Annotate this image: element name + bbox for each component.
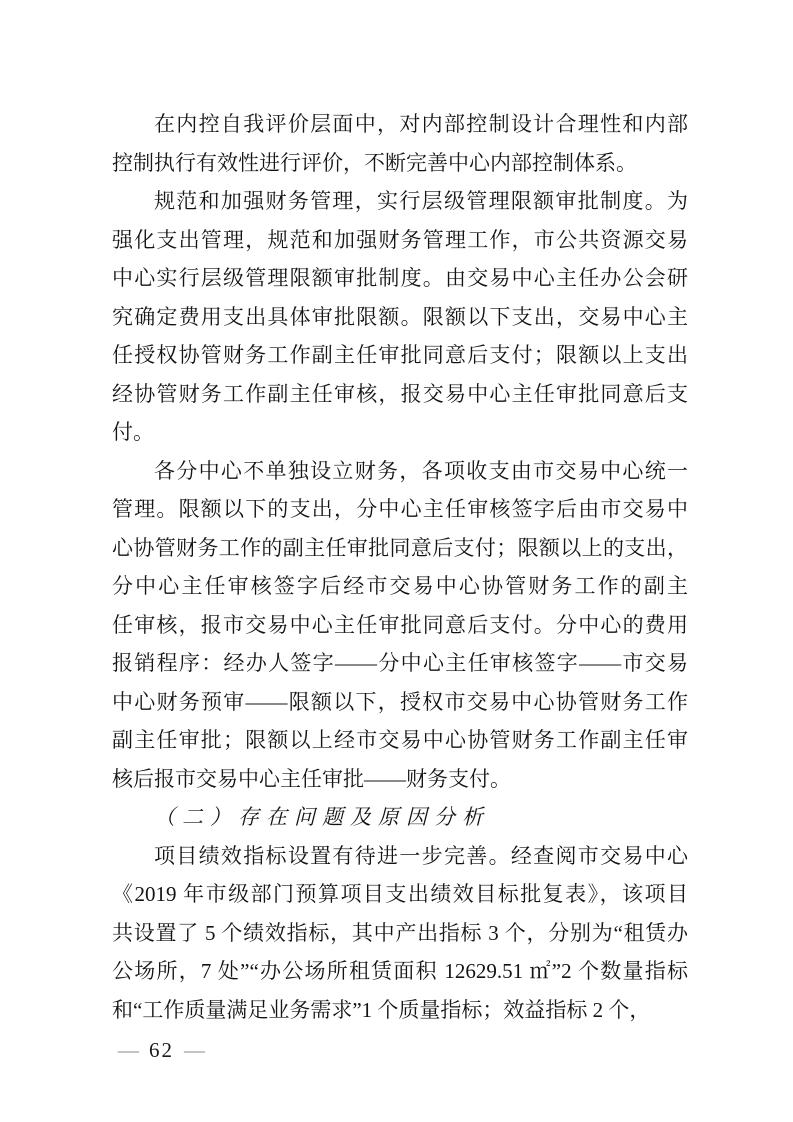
footer-dash-left: —: [118, 1038, 139, 1062]
text-block: 在内控自我评价层面中，对内部控制设计合理性和内部控制执行有效性进行评价，不断完善…: [112, 105, 688, 1029]
text-line: 公场所，7 处”“办公场所租赁面积 12629.51 ㎡”2 个数量指标: [112, 952, 688, 991]
text-line: 强化支出管理，规范和加强财务管理工作，市公共资源交易: [112, 221, 688, 260]
text-line: 核后报市交易中心主任审批——财务支付。: [112, 760, 688, 799]
section-heading: （二）存在问题及原因分析: [112, 798, 688, 837]
text-line: 心协管财务工作的副主任审批同意后支付；限额以上的支出，: [112, 529, 688, 568]
text-line: 规范和加强财务管理，实行层级管理限额审批制度。为: [112, 182, 688, 221]
text-line: 经协管财务工作副主任审核，报交易中心主任审批同意后支: [112, 375, 688, 414]
page-number: 62: [149, 1038, 174, 1062]
text-line: 中心财务预审——限额以下，授权市交易中心协管财务工作: [112, 683, 688, 722]
text-line: 项目绩效指标设置有待进一步完善。经查阅市交易中心: [112, 837, 688, 876]
text-line: 《2019 年市级部门预算项目支出绩效目标批复表》，该项目: [112, 875, 688, 914]
text-line: 共设置了 5 个绩效指标，其中产出指标 3 个，分别为“租赁办: [112, 914, 688, 953]
page-footer: —62—: [118, 1031, 205, 1069]
text-line: 中心实行层级管理限额审批制度。由交易中心主任办公会研: [112, 259, 688, 298]
text-line: 管理。限额以下的支出，分中心主任审核签字后由市交易中: [112, 490, 688, 529]
text-line: 和“工作质量满足业务需求”1 个质量指标；效益指标 2 个，: [112, 991, 688, 1030]
document-page: 在内控自我评价层面中，对内部控制设计合理性和内部控制执行有效性进行评价，不断完善…: [0, 0, 793, 1122]
text-line: 各分中心不单独设立财务，各项收支由市交易中心统一: [112, 452, 688, 491]
text-line: 任授权协管财务工作副主任审批同意后支付；限额以上支出: [112, 336, 688, 375]
text-line: 在内控自我评价层面中，对内部控制设计合理性和内部: [112, 105, 688, 144]
text-line: 究确定费用支出具体审批限额。限额以下支出，交易中心主: [112, 298, 688, 337]
text-line: 分中心主任审核签字后经市交易中心协管财务工作的副主: [112, 567, 688, 606]
text-line: 任审核，报市交易中心主任审批同意后支付。分中心的费用: [112, 606, 688, 645]
text-line: 付。: [112, 413, 688, 452]
text-line: 报销程序：经办人签字——分中心主任审核签字——市交易: [112, 644, 688, 683]
text-line: 副主任审批；限额以上经市交易中心协管财务工作副主任审: [112, 721, 688, 760]
text-line: 控制执行有效性进行评价，不断完善中心内部控制体系。: [112, 144, 688, 183]
footer-dash-right: —: [184, 1038, 205, 1062]
